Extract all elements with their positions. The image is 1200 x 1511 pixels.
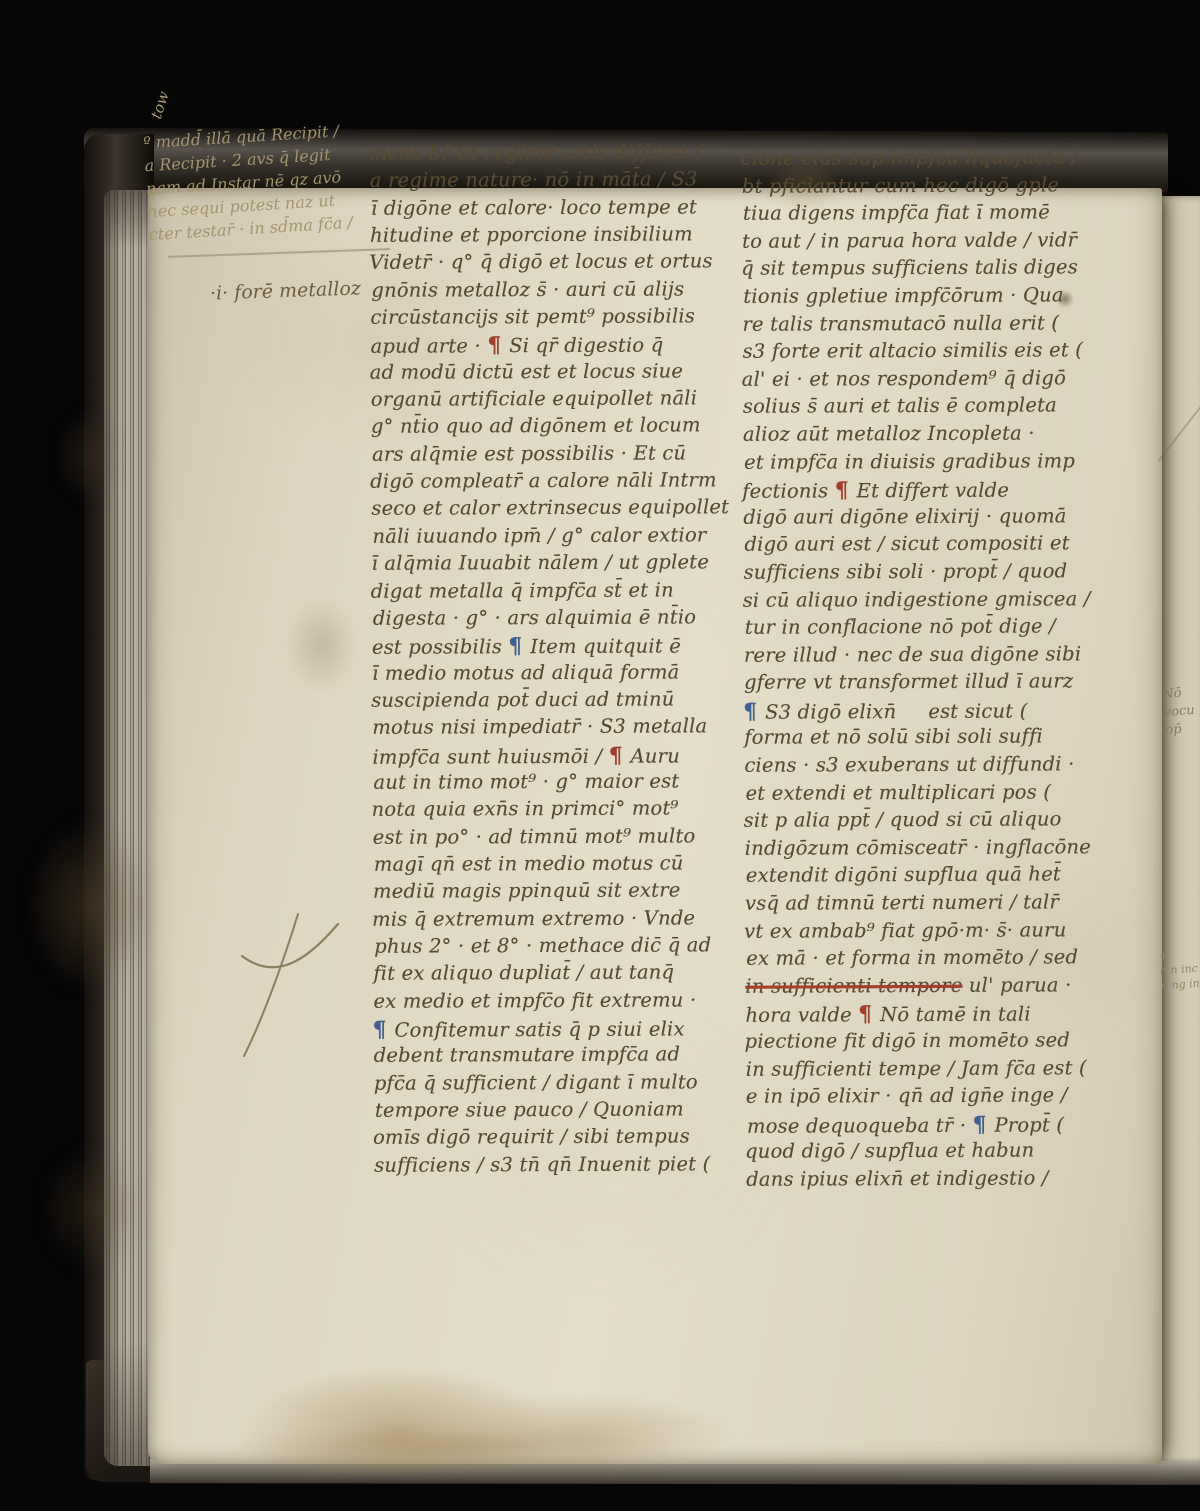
red-pilcrow: ¶ xyxy=(487,333,509,359)
blue-pilcrow: ¶ xyxy=(508,633,530,659)
blue-pilcrow: ¶ xyxy=(973,1111,995,1137)
manuscript-line: omīs digō requirit / sibi tempus xyxy=(373,1125,731,1154)
reader-cross-mark xyxy=(236,908,346,1070)
manuscript-line: magī qn̄ est in medio motus cū xyxy=(374,851,732,880)
manuscript-line: ex mā · et forma in momēto / sed xyxy=(746,945,1094,974)
manuscript-line: n ng in xyxy=(1161,977,1200,995)
manuscript-line: digō auri est / sicut compositi et xyxy=(744,532,1092,561)
red-pilcrow: ¶ xyxy=(609,742,631,768)
manuscript-line: circūstancijs sit pemt⁹ possibilis xyxy=(370,304,728,333)
manuscript-line: vsq̄ ad timnū terti numeri / talr̄ xyxy=(745,890,1093,919)
manuscript-line: mis q̄ extremum extremo · Vnde xyxy=(372,906,730,935)
manuscript-line: fit ex aliquo dupliat̄ / aut tanq̄ xyxy=(373,961,731,990)
manuscript-line: pfc̄a q̄ sufficient / digant ī multo xyxy=(374,1070,732,1099)
red-pilcrow: ¶ xyxy=(858,1002,880,1028)
manuscript-line: gnōnis metalloz s̄ · auri cū alijs xyxy=(371,277,729,306)
manuscript-line: est in po° · ad timnū mot⁹ multo xyxy=(373,824,731,853)
manuscript-line: organū artificiale equipollet nāli xyxy=(371,386,729,415)
manuscript-line: digō compleatr̄ a calore nāli Intrm xyxy=(370,468,728,497)
manuscript-line: rere illud · nec de sua digōne sibi xyxy=(744,642,1092,671)
facing-page-note: Nōvocuop̄ xyxy=(1162,685,1197,741)
manuscript-line: et impfc̄a in diuisis gradibus imp xyxy=(744,449,1092,478)
margin-annotation-top: º madd̄ illā quā Recipit /a Recipit · 2 … xyxy=(143,121,354,248)
manuscript-line: impfc̄a sunt huiusmōi / ¶ Auru xyxy=(372,742,730,771)
manuscript-line: tur in conflacione nō pot̄ dige / xyxy=(745,614,1093,643)
manuscript-line: sufficiens sibi soli · propt̄ / quod xyxy=(744,559,1092,588)
manuscript-line: motus nisi impediatr̄ · S3 metalla xyxy=(372,714,730,743)
manuscript-line: debent transmutare impfc̄a ad xyxy=(374,1043,732,1072)
manuscript-line: tiua digens impfc̄a fiat ī momē xyxy=(743,200,1091,229)
manuscript-line: e in ipō elixir · qn̄ ad ign̄e inge / xyxy=(746,1083,1094,1112)
manuscript-line: seco et calor extrinsecus equipollet xyxy=(371,496,729,525)
manuscript-line: to aut / in parua hora valde / vidr̄ xyxy=(742,228,1090,257)
manuscript-line: re talis transmutacō nulla erit ( xyxy=(742,311,1090,340)
red-pilcrow: ¶ xyxy=(835,477,857,503)
manuscript-line: mens br̄ ut regime artis differat ( xyxy=(369,140,727,169)
manuscript-line: Videtr̄ · q° q̄ digō et locus et ortus xyxy=(369,250,727,279)
manuscript-line: cione eius sup impfc̄a liquefacta / xyxy=(741,145,1089,174)
manuscript-line: tionis gpletiue impfc̄ōrum · Qua xyxy=(743,283,1091,312)
manuscript-line: hitudine et pporcione insibilium xyxy=(370,222,728,251)
manuscript-line: suscipienda pot̄ duci ad tminū xyxy=(371,687,729,716)
manuscript-line: g° nt̄io quo ad digōnem et locum xyxy=(371,414,729,443)
manuscript-line: ī digōne et calore· loco tempe et xyxy=(371,195,729,224)
manuscript-line: dans ipius elixn̄ et indigestio / xyxy=(746,1166,1094,1195)
manuscript-line: forma et nō solū sibi soli suffi xyxy=(744,725,1092,754)
manuscript-line: in sufficienti tempore ul' parua · xyxy=(745,973,1093,1002)
manuscript-line: digō auri digōne elixirij · quomā xyxy=(743,504,1091,533)
manuscript-line: tempore siue pauco / Quoniam xyxy=(375,1097,733,1126)
manuscript-line: ī medio motus ad aliquā formā xyxy=(372,660,730,689)
facing-page-note: +h n incn ng in xyxy=(1158,947,1200,995)
manuscript-line: ex medio et impfc̄o fit extremu · xyxy=(373,988,731,1017)
manuscript-line: al' ei · et nos respondem⁹ q̄ digō xyxy=(742,366,1090,395)
manuscript-line: s3 forte erit altacio similis eis et ( xyxy=(743,338,1091,367)
manuscript-line: solius s̄ auri et talis ē completa xyxy=(743,394,1091,423)
manuscript-line: ¶ Confitemur satis q̄ p siui elix xyxy=(373,1015,731,1044)
manuscript-line: mose dequoqueba tr̄ · ¶ Propt̄ ( xyxy=(747,1111,1095,1140)
manuscript-line: sit p alia ppt̄ / quod si cū aliquo xyxy=(744,807,1092,836)
text-column-left: mens br̄ ut regime artis differat (a reg… xyxy=(370,140,732,1181)
manuscript-line: alioz aūt metalloz Incopleta · xyxy=(743,421,1091,450)
manuscript-line: bt pficiantur cum hec digō gple xyxy=(742,173,1090,202)
manuscript-line: indigōzum cōmisceatr̄ · ingflacōne xyxy=(745,835,1093,864)
struck-text: in sufficienti tempore xyxy=(745,974,962,998)
manuscript-line: a regime nature· nō in māt̄a / S3 xyxy=(370,168,728,197)
manuscript-line: fectionis ¶ Et differt valde xyxy=(742,476,1090,505)
manuscript-line: op̄ xyxy=(1165,721,1197,742)
manuscript-line: phus 2° · et 8° · methace dic̄ q̄ ad xyxy=(374,933,732,962)
manuscript-line: gferre vt transformet illud ī aurz xyxy=(744,670,1092,699)
manuscript-line: vt ex ambab⁹ fiat gpō·m· s̄· auru xyxy=(744,918,1092,947)
blue-pilcrow: ¶ xyxy=(373,1017,395,1043)
edge-inscription: tow xyxy=(147,89,173,121)
manuscript-line: piectione fit digō in momēto sed xyxy=(745,1028,1093,1057)
manuscript-photo: tow º madd̄ illā quā Recipit /a Recipit … xyxy=(0,0,1200,1511)
manuscript-line: q̄ sit tempus sufficiens talis diges xyxy=(741,256,1089,285)
manuscript-line: ars alq̄mie est possibilis · Et cū xyxy=(372,441,730,470)
manuscript-line: nota quia exn̄s in primci° mot⁹ xyxy=(372,796,730,825)
facing-page-sliver xyxy=(1158,196,1200,1462)
manuscript-line: ¶ S3 digō elixn̄ est sicut ( xyxy=(743,697,1091,726)
manuscript-line: et extendi et multiplicari pos ( xyxy=(745,780,1093,809)
manuscript-line: digesta · g° · ars alquimia ē nt̄io xyxy=(373,605,731,634)
blue-pilcrow: ¶ xyxy=(743,699,765,725)
manuscript-line: nāli iuuando ipm̄ / g° calor extior xyxy=(372,523,730,552)
manuscript-line: digat metalla q̄ impfc̄a st̄ et in xyxy=(371,578,729,607)
manuscript-line: hora valde ¶ Nō tamē in tali xyxy=(745,1001,1093,1030)
manuscript-line: sufficiens / s3 tn̄ qn̄ Inuenit piet ( xyxy=(374,1152,732,1181)
manuscript-line: est possibilis ¶ Item quitquit ē xyxy=(372,632,730,661)
manuscript-line: si cū aliquo indigestione gmiscea / xyxy=(743,587,1091,616)
manuscript-line: apud arte · ¶ Si qr̄ digestio q̄ xyxy=(371,332,729,361)
manuscript-line: extendit digōni supflua quā het̄ xyxy=(746,863,1094,892)
manuscript-line: aut in timo mot⁹ · g° maior est xyxy=(373,769,731,798)
manuscript-line: quod digō / supflua et habun xyxy=(745,1139,1093,1168)
text-column-right: cione eius sup impfc̄a liquefacta /bt pf… xyxy=(742,145,1095,1195)
manuscript-line: mediū magis ppinquū sit extre xyxy=(373,878,731,907)
manuscript-line: ī alq̄mia Iuuabit nālem / ut gplete xyxy=(372,550,730,579)
manuscript-line: ciens · s3 exuberans ut diffundi · xyxy=(744,752,1092,781)
manuscript-line: in sufficienti tempe / Jam fc̄a est ( xyxy=(746,1056,1094,1085)
manuscript-line: ad modū dictū est et locus siue xyxy=(370,359,728,388)
